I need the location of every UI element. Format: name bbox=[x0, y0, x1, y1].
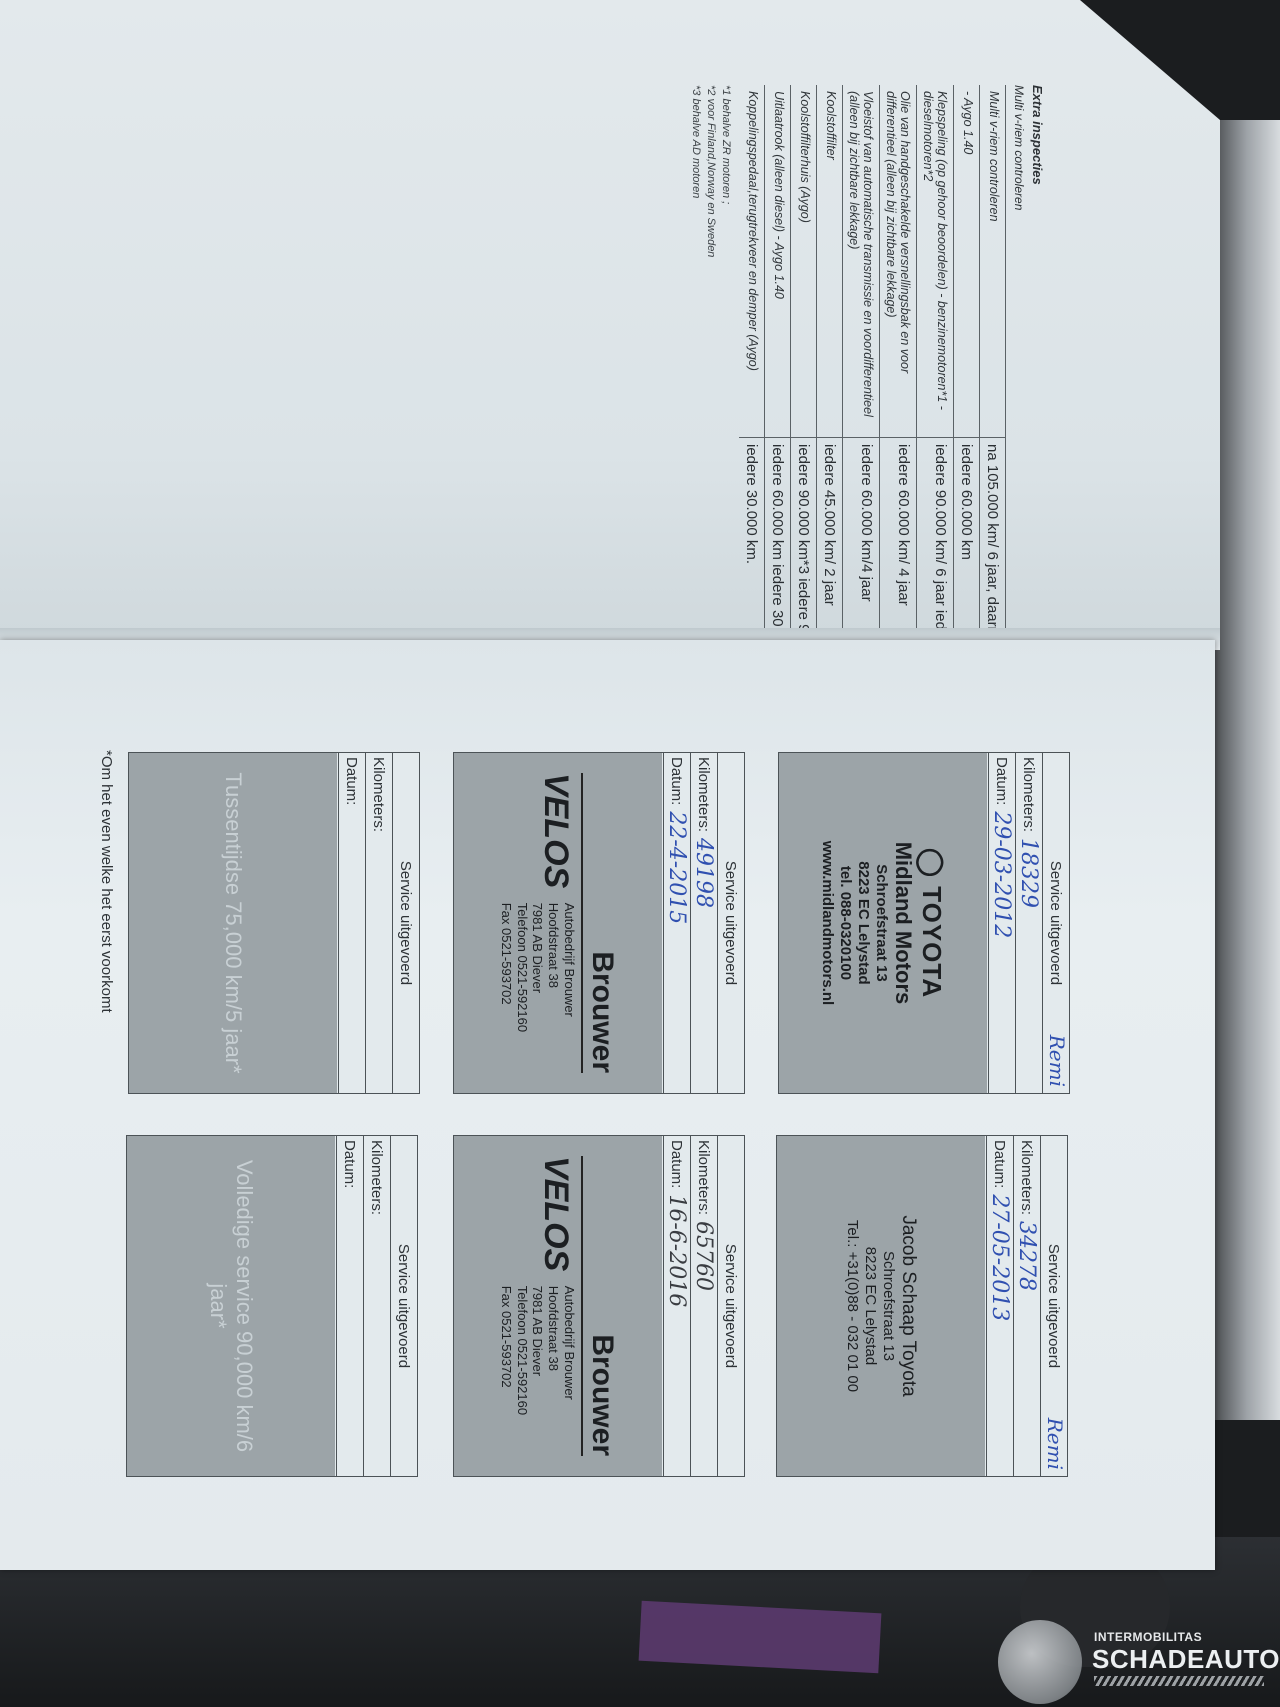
service-record-box: Service uitgevoerd Kilometers: 49198 Dat… bbox=[453, 752, 745, 1094]
service-header: Service uitgevoerd bbox=[717, 1136, 744, 1476]
purple-object bbox=[639, 1601, 882, 1673]
stamp-line: Autobedrijf Brouwer bbox=[561, 903, 577, 1032]
inspection-item: Vloeistof van automatische transmissie e… bbox=[843, 85, 880, 438]
service-header-label: Service uitgevoerd bbox=[398, 861, 415, 985]
inspection-item: - Aygo 1.40 bbox=[954, 85, 980, 438]
service-record-box: Service uitgevoerd Remi Kilometers: 3427… bbox=[776, 1135, 1068, 1477]
stamp-line: tel. 088-0320100 bbox=[837, 841, 855, 1005]
service-header: Service uitgevoerd bbox=[717, 753, 744, 1093]
toyota-logo: ◯ TOYOTA bbox=[917, 841, 948, 1005]
kilometers-row: Kilometers: 34278 bbox=[1013, 1136, 1040, 1476]
date-value: 16-6-2016 bbox=[665, 1194, 690, 1307]
stamp-address: Autobedrijf BrouwerHoofdstraat 387981 AB… bbox=[499, 903, 577, 1032]
stamp-line: 7981 AB Diever bbox=[530, 903, 546, 1032]
kilometers-row: Kilometers: 65760 bbox=[690, 1136, 717, 1476]
stamp-line: Telefoon 0521-592160 bbox=[514, 903, 530, 1032]
service-interval-label: Tussentijdse 75,000 km/5 jaar* bbox=[220, 772, 246, 1073]
service-record-box: Service uitgevoerd Remi Kilometers: 1832… bbox=[778, 752, 1070, 1094]
stamp-line: Schroefstraat 13 bbox=[879, 1215, 897, 1396]
inspection-note: *2 voor Finland,Norway en Sweden bbox=[703, 85, 718, 555]
kilometers-label: Kilometers: bbox=[1021, 757, 1038, 832]
velos-logo: VELOS bbox=[536, 773, 575, 888]
stamp-line: Tel.: +31(0)88 - 032 01 00 bbox=[843, 1215, 861, 1396]
velos-logo: VELOS bbox=[536, 1156, 575, 1271]
booklet-page-inspections: Extra inspecties Multi v-riem controlere… bbox=[0, 0, 1230, 650]
stamp-line: Hoofdstraat 38 bbox=[546, 903, 562, 1032]
date-label: Datum: bbox=[344, 757, 361, 805]
stamp-line: Telefoon 0521-592160 bbox=[514, 1286, 530, 1415]
service-record-box: Service uitgevoerd Kilometers: Datum: Vo… bbox=[126, 1135, 418, 1477]
signature: Remi bbox=[1043, 1418, 1067, 1470]
stamp-line: Fax 0521-593702 bbox=[499, 903, 515, 1032]
inspections-subtitle: Multi v-riem controleren bbox=[1012, 85, 1026, 555]
kilometers-value: 34278 bbox=[1015, 1221, 1040, 1291]
date-row: Datum: 22-4-2015 bbox=[663, 753, 690, 1093]
kilometers-label: Kilometers: bbox=[696, 1140, 713, 1215]
stamp-line: Fax 0521-593702 bbox=[499, 1286, 515, 1415]
stamp-line: 7981 AB Diever bbox=[530, 1286, 546, 1415]
stamp-dealer-name: Brouwer bbox=[581, 773, 619, 1073]
date-label: Datum: bbox=[994, 757, 1011, 805]
stamp-area: Volledige service 90,000 km/6 jaar* bbox=[127, 1136, 335, 1476]
inspection-note: *3 behalve AD motoren bbox=[688, 85, 703, 555]
stamp-line: Schroefstraat 13 bbox=[873, 841, 891, 1005]
kilometers-row: Kilometers: bbox=[365, 753, 392, 1093]
booklet-page-service-records: Service uitgevoerd Remi Kilometers: 1832… bbox=[0, 640, 1215, 1570]
date-row: Datum: 16-6-2016 bbox=[663, 1136, 690, 1476]
stamp-area: Jacob Schaap Toyota Schroefstraat 138223… bbox=[777, 1136, 985, 1476]
service-header: Service uitgevoerd Remi bbox=[1042, 753, 1069, 1093]
dealer-stamp: Brouwer VELOS Autobedrijf BrouwerHoofdst… bbox=[497, 773, 618, 1073]
date-row: Datum: bbox=[338, 753, 365, 1093]
dealer-stamp: Brouwer VELOS Autobedrijf BrouwerHoofdst… bbox=[497, 1156, 618, 1456]
date-value: 27-05-2013 bbox=[988, 1194, 1013, 1321]
date-row: Datum: 29-03-2012 bbox=[988, 753, 1015, 1093]
inspections-title: Extra inspecties bbox=[1030, 85, 1045, 555]
stamp-area: Brouwer VELOS Autobedrijf BrouwerHoofdst… bbox=[454, 753, 662, 1093]
kilometers-row: Kilometers: 18329 bbox=[1015, 753, 1042, 1093]
stamp-area: Tussentijdse 75,000 km/5 jaar* bbox=[129, 753, 337, 1093]
globe-icon bbox=[998, 1620, 1082, 1704]
dealer-stamp: Jacob Schaap Toyota Schroefstraat 138223… bbox=[843, 1215, 919, 1396]
inspection-item: Uitlaatrook (alleen diesel) - Aygo 1.40 bbox=[765, 85, 791, 438]
service-header-label: Service uitgevoerd bbox=[1048, 861, 1065, 985]
inspection-item: Olie van handgeschakelde versnellingsbak… bbox=[880, 85, 917, 438]
inspection-item: Koolstoffilterhuis (Aygo) bbox=[791, 85, 817, 438]
service-record-box: Service uitgevoerd Kilometers: 65760 Dat… bbox=[453, 1135, 745, 1477]
stamp-line: Autobedrijf Brouwer bbox=[561, 1286, 577, 1415]
service-header-label: Service uitgevoerd bbox=[1046, 1244, 1063, 1368]
date-row: Datum: 27-05-2013 bbox=[986, 1136, 1013, 1476]
stamp-area: Brouwer VELOS Autobedrijf BrouwerHoofdst… bbox=[454, 1136, 662, 1476]
watermark-big-text: SCHADEAUTOS.NL bbox=[1092, 1644, 1280, 1675]
toyota-emblem-icon: ◯ bbox=[918, 848, 948, 878]
date-value: 22-4-2015 bbox=[665, 811, 690, 924]
stamp-line: Hoofdstraat 38 bbox=[546, 1286, 562, 1415]
stamp-area: ◯ TOYOTA Midland Motors Schroefstraat 13… bbox=[779, 753, 987, 1093]
date-label: Datum: bbox=[669, 757, 686, 805]
kilometers-row: Kilometers: 49198 bbox=[690, 753, 717, 1093]
kilometers-value: 49198 bbox=[692, 838, 717, 908]
kilometers-value: 18329 bbox=[1017, 838, 1042, 908]
dealer-stamp: ◯ TOYOTA Midland Motors Schroefstraat 13… bbox=[819, 841, 948, 1005]
date-label: Datum: bbox=[992, 1140, 1009, 1188]
inspection-item: Koolstoffilter bbox=[817, 85, 843, 438]
stamp-dealer-name: Jacob Schaap Toyota bbox=[897, 1215, 919, 1396]
date-label: Datum: bbox=[669, 1140, 686, 1188]
date-value: 29-03-2012 bbox=[990, 811, 1015, 938]
stamp-line: 8223 EC Lelystad bbox=[861, 1215, 879, 1396]
service-interval-label: Volledige service 90,000 km/6 jaar* bbox=[205, 1136, 258, 1476]
inspection-item: Koppelingspedaal,terugtrekveer en demper… bbox=[739, 85, 765, 438]
inspection-notes: *1 behalve ZR motoren ;*2 voor Finland,N… bbox=[688, 85, 733, 555]
kilometers-value: 65760 bbox=[692, 1221, 717, 1291]
stamp-dealer-name: Brouwer bbox=[581, 1156, 619, 1456]
watermark-stripe bbox=[1094, 1676, 1264, 1686]
stamp-line: 8223 EC Lelystad bbox=[855, 841, 873, 1005]
inspection-note: *1 behalve ZR motoren ; bbox=[718, 85, 733, 555]
stamp-address: Autobedrijf BrouwerHoofdstraat 387981 AB… bbox=[499, 1286, 577, 1415]
stamp-line: www.midlandmotors.nl bbox=[819, 841, 837, 1005]
service-header: Service uitgevoerd bbox=[390, 1136, 417, 1476]
stamp-brand: TOYOTA bbox=[918, 886, 948, 998]
footnote: *Om het even welke het eerst voorkomt bbox=[98, 750, 115, 1150]
schadeautos-watermark: INTERMOBILITAS SCHADEAUTOS.NL bbox=[998, 1618, 1278, 1698]
service-header: Service uitgevoerd Remi bbox=[1040, 1136, 1067, 1476]
service-record-box: Service uitgevoerd Kilometers: Datum: Tu… bbox=[128, 752, 420, 1094]
inspections-table-block: Extra inspecties Multi v-riem controlere… bbox=[688, 85, 1045, 555]
stamp-dealer-name: Midland Motors bbox=[891, 841, 917, 1005]
service-header-label: Service uitgevoerd bbox=[723, 1244, 740, 1368]
inspection-item: Klepspeling (op gehoor beoordelen) - ben… bbox=[917, 85, 954, 438]
kilometers-row: Kilometers: bbox=[363, 1136, 390, 1476]
service-header-label: Service uitgevoerd bbox=[723, 861, 740, 985]
signature: Remi bbox=[1045, 1035, 1069, 1087]
watermark-small-text: INTERMOBILITAS bbox=[1094, 1630, 1202, 1644]
kilometers-label: Kilometers: bbox=[696, 757, 713, 832]
kilometers-label: Kilometers: bbox=[1019, 1140, 1036, 1215]
service-header: Service uitgevoerd bbox=[392, 753, 419, 1093]
kilometers-label: Kilometers: bbox=[371, 757, 388, 832]
service-header-label: Service uitgevoerd bbox=[396, 1244, 413, 1368]
kilometers-label: Kilometers: bbox=[369, 1140, 386, 1215]
date-row: Datum: bbox=[336, 1136, 363, 1476]
inspection-item: Multi v-riem controleren bbox=[980, 85, 1006, 438]
date-label: Datum: bbox=[342, 1140, 359, 1188]
